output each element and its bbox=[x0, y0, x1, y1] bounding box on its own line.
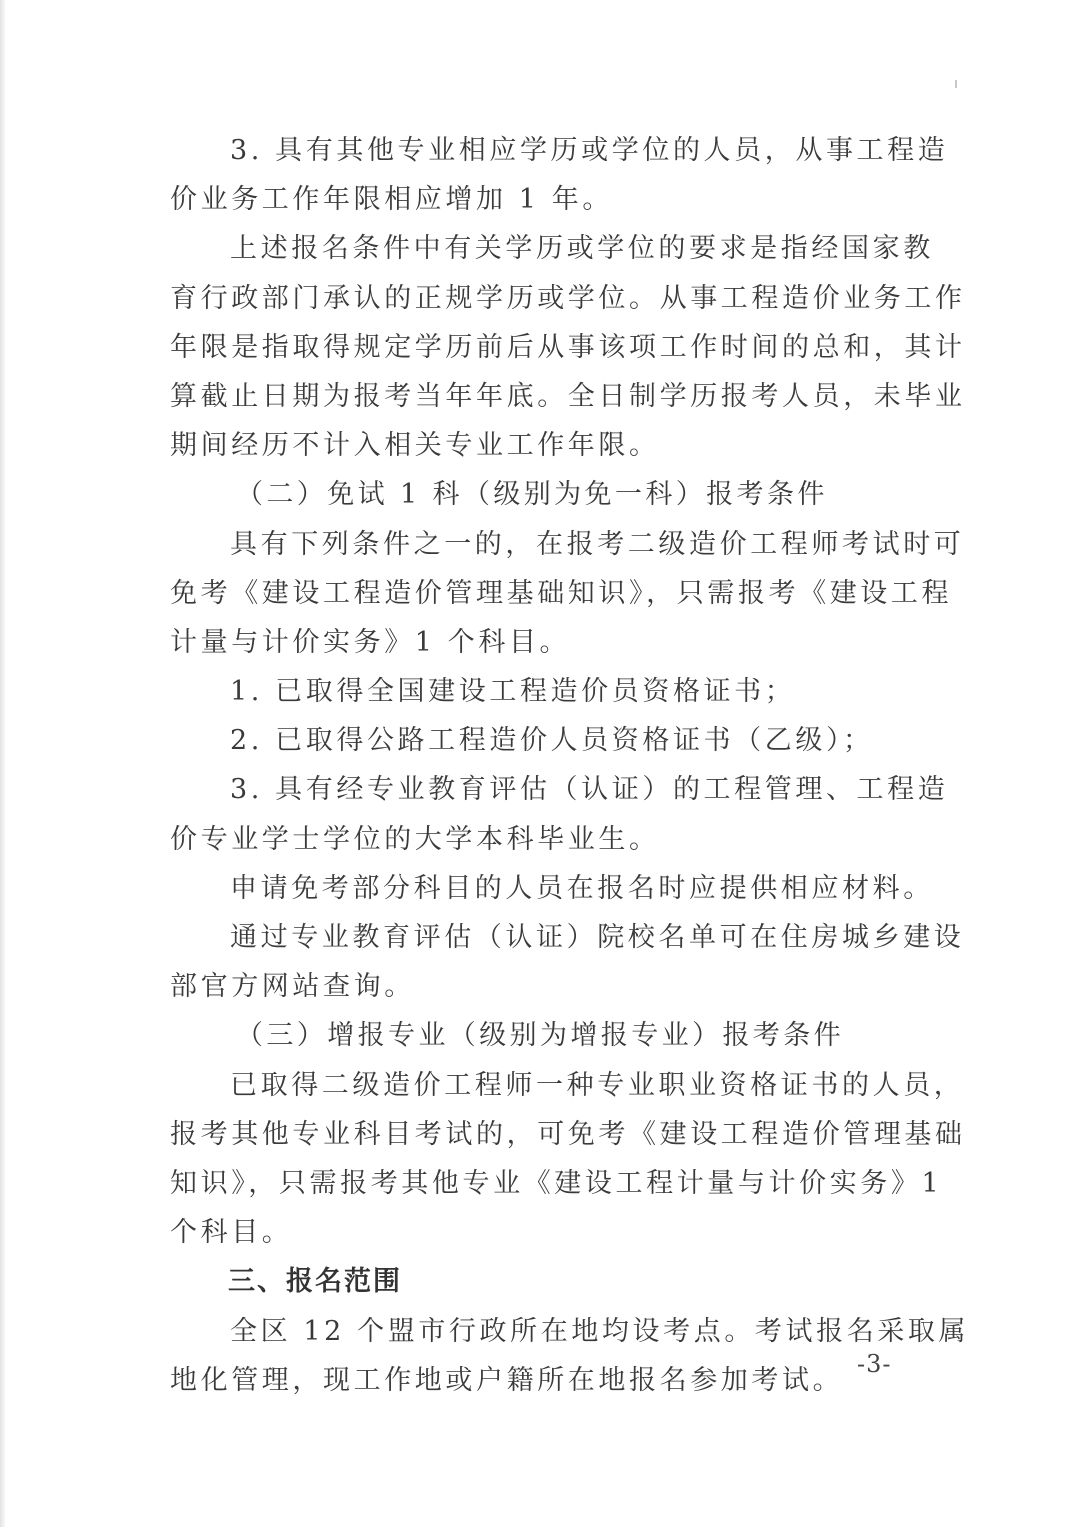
paragraph-line: 具有下列条件之一的，在报考二级造价工程师考试时可 bbox=[170, 520, 922, 569]
paragraph-line: 育行政部门承认的正规学历或学位。从事工程造价业务工作 bbox=[170, 274, 922, 323]
scan-edge-shadow bbox=[0, 0, 6, 1527]
paragraph-line: 已取得二级造价工程师一种专业职业资格证书的人员， bbox=[170, 1061, 922, 1110]
list-item: 3. 具有经专业教育评估（认证）的工程管理、工程造 bbox=[170, 765, 922, 814]
paragraph-line: 申请免考部分科目的人员在报名时应提供相应材料。 bbox=[170, 864, 922, 913]
document-body: 3. 具有其他专业相应学历或学位的人员，从事工程造 价业务工作年限相应增加 1 … bbox=[170, 126, 922, 1405]
paragraph-line: 价业务工作年限相应增加 1 年。 bbox=[170, 175, 922, 224]
paragraph-line: 3. 具有其他专业相应学历或学位的人员，从事工程造 bbox=[170, 126, 922, 175]
paragraph-line: 报考其他专业科目考试的，可免考《建设工程造价管理基础 bbox=[170, 1110, 922, 1159]
section-heading-registration-scope: 三、报名范围 bbox=[170, 1257, 922, 1306]
scan-artifact-mark bbox=[955, 80, 957, 88]
subsection-heading-exempt-one-subject: （二）免试 1 科（级别为免一科）报考条件 bbox=[170, 470, 922, 519]
paragraph-line: 年限是指取得规定学历前后从事该项工作时间的总和，其计 bbox=[170, 323, 922, 372]
paragraph-line: 知识》，只需报考其他专业《建设工程计量与计价实务》1 bbox=[170, 1159, 922, 1208]
paragraph-line: 上述报名条件中有关学历或学位的要求是指经国家教 bbox=[170, 224, 922, 273]
paragraph-line: 地化管理，现工作地或户籍所在地报名参加考试。 bbox=[170, 1356, 922, 1405]
paragraph-line: 通过专业教育评估（认证）院校名单可在住房城乡建设 bbox=[170, 913, 922, 962]
list-item-continuation: 价专业学士学位的大学本科毕业生。 bbox=[170, 815, 922, 864]
paragraph-line: 期间经历不计入相关专业工作年限。 bbox=[170, 421, 922, 470]
paragraph-line: 部官方网站查询。 bbox=[170, 962, 922, 1011]
page-number: -3- bbox=[857, 1350, 892, 1378]
list-item: 1. 已取得全国建设工程造价员资格证书； bbox=[170, 667, 922, 716]
paragraph-line: 免考《建设工程造价管理基础知识》，只需报考《建设工程 bbox=[170, 569, 922, 618]
paragraph-line: 个科目。 bbox=[170, 1208, 922, 1257]
paragraph-line: 计量与计价实务》1 个科目。 bbox=[170, 618, 922, 667]
paragraph-line: 算截止日期为报考当年年底。全日制学历报考人员，未毕业 bbox=[170, 372, 922, 421]
subsection-heading-additional-specialty: （三）增报专业（级别为增报专业）报考条件 bbox=[170, 1011, 922, 1060]
list-item: 2. 已取得公路工程造价人员资格证书（乙级）； bbox=[170, 716, 922, 765]
paragraph-line: 全区 12 个盟市行政所在地均设考点。考试报名采取属 bbox=[170, 1307, 922, 1356]
